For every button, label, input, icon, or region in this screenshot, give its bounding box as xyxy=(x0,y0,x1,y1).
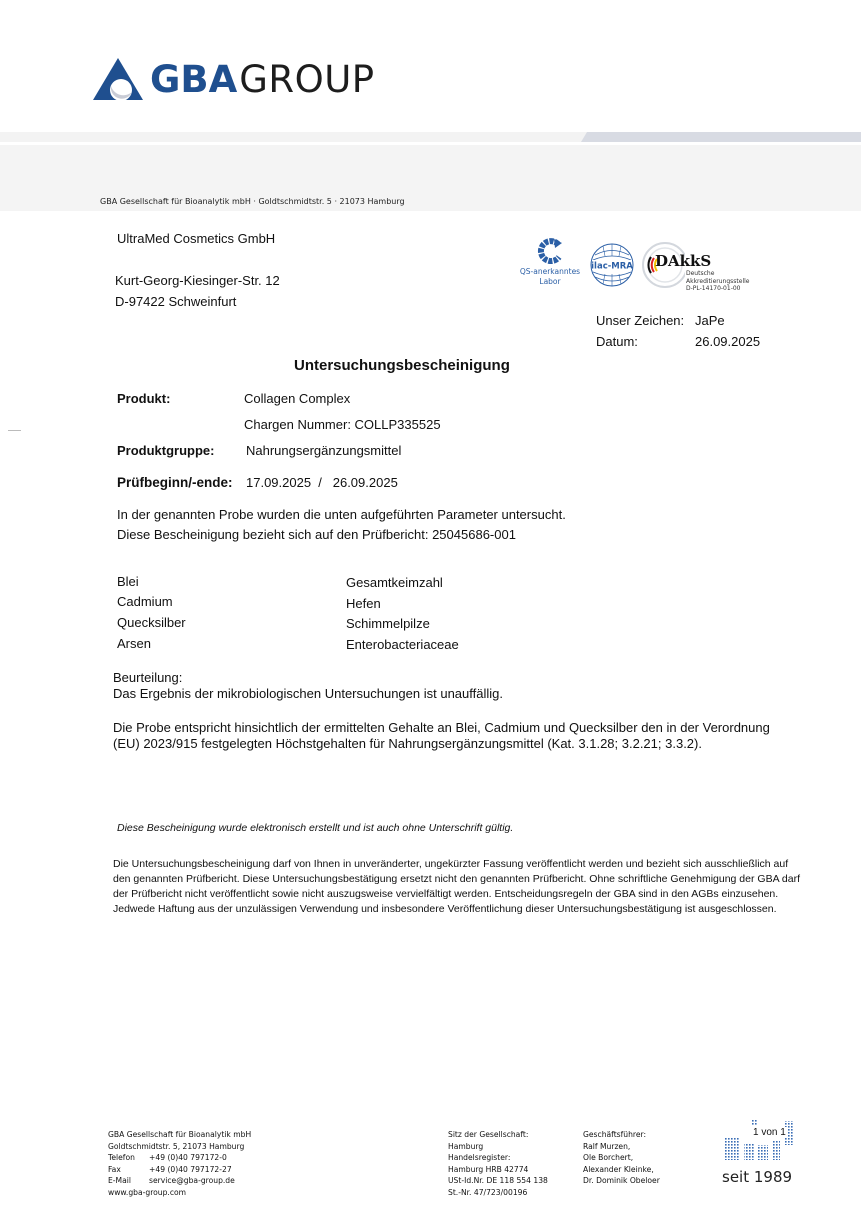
footer-registry: Sitz der Gesellschaft: Hamburg Handelsre… xyxy=(448,1129,548,1198)
footer-company: GBA Gesellschaft für Bioanalytik mbH xyxy=(108,1129,251,1141)
qs-label-line2: Labor xyxy=(518,277,582,287)
product-group-value: Nahrungsergänzungsmittel xyxy=(246,443,401,458)
qs-label-line1: QS-anerkanntes xyxy=(518,267,582,277)
ilac-mra-globe-icon: ilac-MRA xyxy=(589,242,635,288)
phone-value: +49 (0)40 797172-0 xyxy=(149,1152,227,1164)
dakks-line3: D-PL-14170-01-00 xyxy=(686,285,749,293)
director-name: Alexander Kleinke, xyxy=(583,1164,660,1176)
parameter-item: Cadmium xyxy=(117,594,173,609)
seat-label: Sitz der Gesellschaft: xyxy=(448,1129,548,1141)
recipient-street: Kurt-Georg-Kiesinger-Str. 12 xyxy=(115,273,280,288)
electronic-note: Diese Bescheinigung wurde elektronisch e… xyxy=(117,822,513,834)
date-value: 26.09.2025 xyxy=(695,334,760,349)
page-indicator: 1 von 1 xyxy=(752,1127,787,1138)
logo-text-gba: GBA xyxy=(150,61,237,98)
footer-directors: Geschäftsführer: Ralf Murzen, Ole Borche… xyxy=(583,1129,660,1187)
parameter-item: Gesamtkeimzahl xyxy=(346,575,443,590)
qs-arrow-circle-icon xyxy=(537,238,563,264)
website-link[interactable]: www.gba-group.com xyxy=(108,1187,251,1199)
test-period-label: Prüfbeginn/-ende: xyxy=(117,475,233,490)
product-group-label: Produktgruppe: xyxy=(117,443,215,458)
logo-text-group: GROUP xyxy=(239,61,374,98)
our-reference-value: JaPe xyxy=(695,313,725,328)
evaluation-block: Beurteilung: Das Ergebnis der mikrobiolo… xyxy=(113,670,793,702)
evaluation-label: Beurteilung: xyxy=(113,670,793,686)
parameter-item: Quecksilber xyxy=(117,615,186,630)
parameter-item: Schimmelpilze xyxy=(346,616,430,631)
dotted-skyline-icon xyxy=(722,1117,802,1162)
director-name: Ole Borchert, xyxy=(583,1152,660,1164)
register-value: Hamburg HRB 42774 xyxy=(448,1164,548,1176)
test-period-value: 17.09.2025 / 26.09.2025 xyxy=(246,475,398,490)
directors-label: Geschäftsführer: xyxy=(583,1129,660,1141)
vat-id: USt-Id.Nr. DE 118 554 138 xyxy=(448,1175,548,1187)
dakks-subtitle: Deutsche Akkreditierungsstelle D-PL-1417… xyxy=(686,270,749,293)
parameter-item: Hefen xyxy=(346,596,381,611)
intro-line-1: In der genannten Probe wurden die unten … xyxy=(117,507,566,522)
batch-number: Chargen Nummer: COLLP335525 xyxy=(244,417,441,432)
parameter-item: Blei xyxy=(117,574,139,589)
fold-mark xyxy=(8,430,21,431)
parameter-item: Enterobacteriaceae xyxy=(346,637,459,652)
director-name: Dr. Dominik Obeloer xyxy=(583,1175,660,1187)
ilac-label: ilac-MRA xyxy=(591,262,633,272)
evaluation-micro: Das Ergebnis der mikrobiologischen Unter… xyxy=(113,686,793,702)
our-reference-label: Unser Zeichen: xyxy=(596,313,684,328)
gba-group-logo: GBA GROUP xyxy=(92,55,375,103)
footer-address: Goldtschmidtstr. 5, 21073 Hamburg xyxy=(108,1141,251,1153)
footer-company-contact: GBA Gesellschaft für Bioanalytik mbH Gol… xyxy=(108,1129,251,1198)
recipient-company: UltraMed Cosmetics GmbH xyxy=(117,231,275,246)
fax-label: Fax xyxy=(108,1164,149,1176)
email-label: E-Mail xyxy=(108,1175,149,1187)
sender-address-line: GBA Gesellschaft für Bioanalytik mbH · G… xyxy=(100,197,405,206)
document-title: Untersuchungsbescheinigung xyxy=(294,357,510,374)
evaluation-metals: Die Probe entspricht hinsichtlich der er… xyxy=(113,720,783,752)
intro-line-2: Diese Bescheinigung bezieht sich auf den… xyxy=(117,527,516,542)
product-label: Produkt: xyxy=(117,391,170,406)
dakks-line1: Deutsche xyxy=(686,270,749,278)
header-stripe-accent xyxy=(581,132,861,142)
fax-value: +49 (0)40 797172-27 xyxy=(149,1164,232,1176)
dakks-line2: Akkreditierungsstelle xyxy=(686,278,749,286)
product-value: Collagen Complex xyxy=(244,391,350,406)
dakks-title: DAkkS xyxy=(655,252,711,270)
seat-value: Hamburg xyxy=(448,1141,548,1153)
qs-accreditation: QS-anerkanntes Labor xyxy=(518,238,582,287)
gba-triangle-logo-icon xyxy=(92,57,144,101)
date-label: Datum: xyxy=(596,334,638,349)
since-year: seit 1989 xyxy=(722,1168,792,1186)
recipient-city: D-97422 Schweinfurt xyxy=(115,294,236,309)
parameter-item: Arsen xyxy=(117,636,151,651)
email-link[interactable]: service@gba-group.de xyxy=(149,1175,235,1187)
tax-number: St.-Nr. 47/723/00196 xyxy=(448,1187,548,1199)
ilac-mra-accreditation: ilac-MRA xyxy=(589,242,635,293)
director-name: Ralf Murzen, xyxy=(583,1141,660,1153)
phone-label: Telefon xyxy=(108,1152,149,1164)
disclaimer: Die Untersuchungsbescheinigung darf von … xyxy=(113,857,803,917)
register-label: Handelsregister: xyxy=(448,1152,548,1164)
